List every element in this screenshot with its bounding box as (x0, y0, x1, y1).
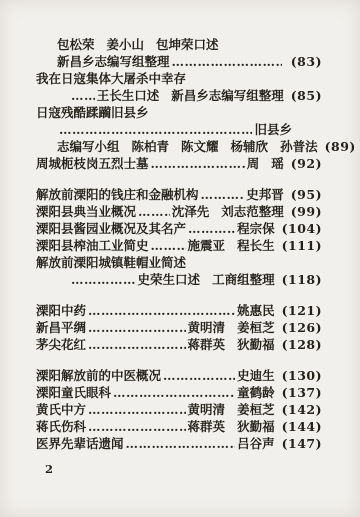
dotted-leader: …………………………………………………………………………………………………………… (113, 384, 235, 401)
toc-line: 解放前溧阳城镇鞋帽业简述 (36, 254, 322, 271)
toc-author-name: 沈泽先 (172, 203, 210, 220)
toc-line: 周城枙枝岗五烈士墓…………………………………………………………………………………… (36, 155, 322, 172)
dotted-leader: …………………………………………………………………………………………………………… (188, 220, 235, 237)
toc-author-name: 施震亚 (188, 237, 226, 254)
toc-page-reference: (85) (291, 87, 322, 104)
toc-author-name: 姜桓芝 (237, 401, 275, 418)
dotted-leader: …………………………………………………………………………………………………………… (88, 336, 186, 353)
dotted-leader: …………………………………………………………………………………………………………… (88, 319, 186, 336)
toc-page-reference: (89) (325, 138, 356, 155)
toc-page-reference: (95) (291, 186, 322, 203)
toc-author-name: 狄勤福 (237, 336, 275, 353)
toc-entry-title: 溧阳解放前的中医概况 (36, 367, 161, 384)
toc-author-name: 新昌乡志编写组整理 (171, 87, 284, 104)
dotted-leader: …………………………………………………………………………………………………………… (163, 367, 235, 384)
dotted-leader: …………………………………………………………………………………………………………… (126, 435, 236, 452)
toc-line: 我在日寇集体大屠杀中幸存 (36, 70, 322, 87)
toc-entry-title: 蒋氏伤科 (36, 418, 86, 435)
toc-entry-title: 茅尖花红 (36, 336, 86, 353)
toc-line: …………………………………………………………………………………………………………… (36, 121, 322, 138)
toc-line: 日寇残酷蹂躏旧县乡 (36, 104, 322, 121)
toc-author-name: 吕谷声 (237, 435, 275, 452)
toc-entry-title: 新昌平绸 (36, 319, 86, 336)
dotted-leader: …………………………………………………………………………………………………………… (71, 271, 136, 288)
toc-page-reference: (137) (282, 384, 322, 401)
dotted-leader: …………………………………………………………………………………………………………… (59, 121, 252, 138)
toc-line: 黄氏中方………………………………………………………………………………………………… (36, 401, 322, 418)
dotted-leader: …………………………………………………………………………………………………………… (151, 237, 186, 254)
toc-entry-title: 溧阳县酱园业概况及其名产 (36, 220, 186, 237)
toc-line: 溧阳中药………………………………………………………………………………………………… (36, 302, 322, 319)
toc-author-name: 史荣生口述 (138, 271, 201, 288)
toc-page-reference: (92) (291, 155, 322, 172)
dotted-leader: …………………………………………………………………………………………………………… (88, 401, 186, 418)
toc-group: 溧阳中药………………………………………………………………………………………………… (36, 302, 322, 353)
toc-page-reference: (121) (282, 302, 322, 319)
toc-author-name: 蒋群英 (188, 418, 226, 435)
toc-author-name: 姜桓芝 (237, 319, 275, 336)
toc-author-name: 包坤荣口述 (156, 36, 219, 53)
toc-page-reference: (144) (282, 418, 322, 435)
toc-page-reference: (118) (282, 271, 322, 288)
toc-page-reference: (126) (282, 319, 322, 336)
toc-author-name: 志编写小组 (57, 138, 120, 155)
toc-page-reference: (142) (282, 401, 322, 418)
toc-author-name: 周 (247, 155, 260, 172)
toc-author-name: 刘志范整理 (221, 203, 284, 220)
toc-line: 茅尖花红………………………………………………………………………………………………… (36, 336, 322, 353)
toc-line: 溧阳解放前的中医概况………………………………………………………………………………… (36, 367, 322, 384)
toc-page-reference: (128) (282, 336, 322, 353)
toc-line: …………………………………………………………………………………………………………… (36, 271, 322, 288)
dotted-leader: …………………………………………………………………………………………………………… (151, 155, 245, 172)
toc-entry-title: 医界先辈话遗闻 (36, 435, 124, 452)
dotted-leader: …………………………………………………………………………………………………………… (201, 186, 245, 203)
toc-line: 溧阳县榨油工业简史…………………………………………………………………………………… (36, 237, 322, 254)
toc-entry-title: 解放前溧阳的钱庄和金融机构 (36, 186, 199, 203)
dotted-leader: …………………………………………………………………………………………………………… (88, 418, 186, 435)
toc-group: 包松荣姜小山包坤荣口述新昌乡志编写组整理……………………………………………………… (36, 36, 322, 172)
toc-entry-title: 溧阳县榨油工业简史 (36, 237, 149, 254)
folio-page-number: 2 (45, 462, 54, 476)
toc-page-reference: (130) (282, 367, 322, 384)
toc-author-name: 蒋群英 (188, 336, 226, 353)
toc-author-name: 狄勤福 (237, 418, 275, 435)
toc-line: 溧阳童氏眼科…………………………………………………………………………………………… (36, 384, 322, 401)
toc-author-name: 黄明清 (188, 401, 226, 418)
toc-line: 溧阳县酱园业概况及其名产…………………………………………………………………………… (36, 220, 322, 237)
toc-page-reference: (83) (291, 53, 322, 70)
toc-entry-title: 溧阳中药 (36, 302, 86, 319)
toc-author-name: 瑶 (271, 155, 284, 172)
toc-entry-title: 新昌乡志编写组整理 (57, 53, 170, 70)
toc-page-reference: (99) (291, 203, 322, 220)
toc-list: 包松荣姜小山包坤荣口述新昌乡志编写组整理……………………………………………………… (0, 0, 360, 452)
toc-page-reference: (111) (282, 237, 322, 254)
toc-line: 志编写小组陈柏青陈文耀杨辅欣孙普法(89) (36, 138, 322, 155)
toc-author-name: 姚惠民 (237, 302, 275, 319)
toc-author-name: 陈柏青 (132, 138, 170, 155)
toc-author-name: 王长生口述 (97, 87, 160, 104)
dotted-leader: …………………………………………………………………………………………………………… (88, 302, 235, 319)
dotted-leader: …………………………………………………………………………………………………………… (138, 203, 170, 220)
toc-author-name: 童鹤龄 (237, 384, 275, 401)
toc-author-name: 陈文耀 (181, 138, 219, 155)
dotted-leader: …………………………………………………………………………………………………………… (71, 87, 95, 104)
toc-entry-title: 周城枙枝岗五烈士墓 (36, 155, 149, 172)
toc-author-name: 程长生 (237, 237, 275, 254)
toc-entry-title: 我在日寇集体大屠杀中幸存 (36, 70, 186, 87)
toc-author-name: 姜小山 (107, 36, 145, 53)
toc-author-name: 工商组整理 (212, 271, 275, 288)
toc-entry-title: 溧阳县典当业概况 (36, 203, 136, 220)
toc-author-name: 黄明清 (188, 319, 226, 336)
dotted-leader: …………………………………………………………………………………………………………… (172, 53, 282, 70)
book-scan-page: 包松荣姜小山包坤荣口述新昌乡志编写组整理……………………………………………………… (0, 0, 360, 517)
toc-page-reference: (104) (282, 220, 322, 237)
toc-entry-title: 日寇残酷蹂躏旧县乡 (36, 104, 149, 121)
toc-line: 解放前溧阳的钱庄和金融机构………………………………………………………………………… (36, 186, 322, 203)
toc-author-name: 杨辅欣 (231, 138, 269, 155)
toc-author-name: 孙普法 (280, 138, 318, 155)
toc-line: 新昌平绸………………………………………………………………………………………………… (36, 319, 322, 336)
toc-line: 医界先辈话遗闻………………………………………………………………………………………… (36, 435, 322, 452)
toc-author-name: 史迪生 (237, 367, 275, 384)
toc-group: 解放前溧阳的钱庄和金融机构………………………………………………………………………… (36, 186, 322, 288)
toc-group: 溧阳解放前的中医概况………………………………………………………………………………… (36, 367, 322, 452)
toc-line: 蒋氏伤科………………………………………………………………………………………………… (36, 418, 322, 435)
toc-entry-title: 解放前溧阳城镇鞋帽业简述 (36, 254, 186, 271)
toc-line: 包松荣姜小山包坤荣口述 (36, 36, 322, 53)
toc-author-name: 程宗保 (237, 220, 275, 237)
toc-line: 新昌乡志编写组整理…………………………………………………………………………………… (36, 53, 322, 70)
toc-author-name: 包松荣 (57, 36, 95, 53)
toc-entry-title: 旧县乡 (254, 121, 292, 138)
toc-line: 溧阳县典当业概况……………………………………………………………………………………… (36, 203, 322, 220)
toc-entry-title: 黄氏中方 (36, 401, 86, 418)
toc-line: …………………………………………………………………………………………………………… (36, 87, 322, 104)
toc-author-name: 史邦晋 (246, 186, 284, 203)
toc-page-reference: (147) (282, 435, 322, 452)
toc-entry-title: 溧阳童氏眼科 (36, 384, 111, 401)
